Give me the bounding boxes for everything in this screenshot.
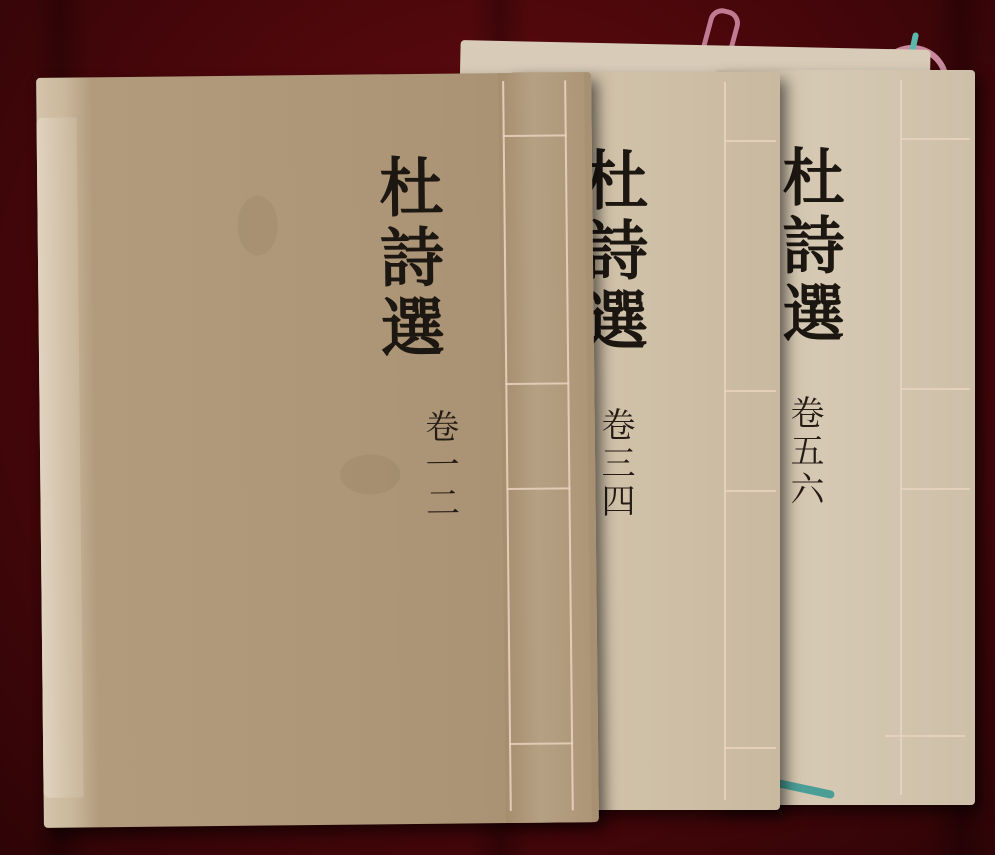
binding-thread bbox=[885, 735, 965, 737]
binding-thread bbox=[724, 490, 776, 492]
binding-thread bbox=[724, 140, 776, 142]
binding-thread bbox=[724, 747, 776, 749]
volume-label: 卷三四 bbox=[598, 407, 632, 521]
binding-thread bbox=[900, 388, 970, 390]
page-edges bbox=[37, 118, 84, 798]
binding-thread bbox=[900, 488, 970, 490]
volume-label: 卷五六 bbox=[787, 395, 821, 509]
paper-stain bbox=[237, 195, 278, 255]
binding-spine bbox=[498, 72, 592, 823]
book-title: 杜詩選 bbox=[373, 154, 439, 365]
binding-thread bbox=[900, 80, 902, 795]
binding-thread bbox=[900, 138, 970, 140]
book-title: 杜詩選 bbox=[777, 145, 839, 349]
volume-label: 卷一二 bbox=[422, 409, 457, 523]
binding-thread bbox=[724, 82, 726, 800]
book-volume-1-2: 杜詩選 卷一二 bbox=[36, 72, 599, 828]
binding-thread bbox=[724, 390, 776, 392]
